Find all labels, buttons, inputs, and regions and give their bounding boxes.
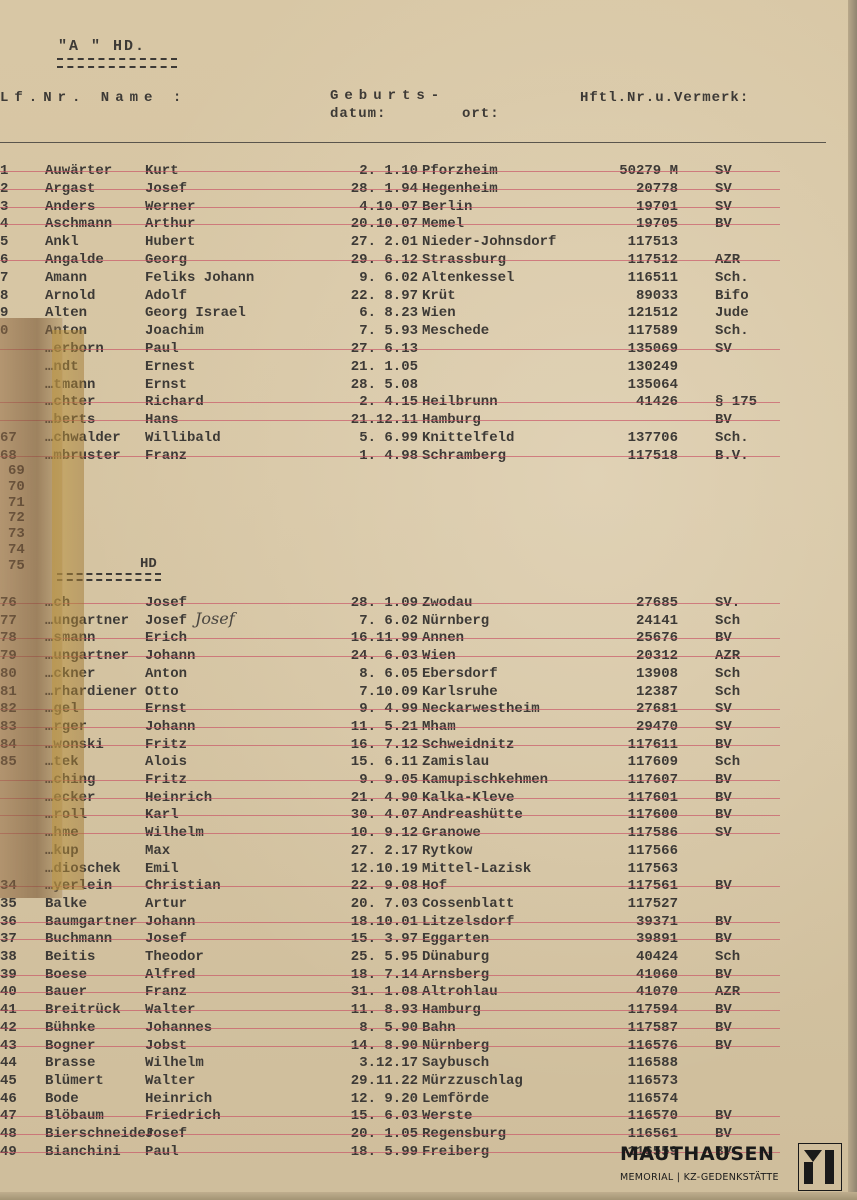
remark: Sch (715, 612, 740, 630)
given-name: Theodor (145, 948, 204, 966)
table-row: …rollKarl30. 4.07Andreashütte117600BV (0, 806, 848, 824)
given-name: Alois (145, 753, 187, 771)
prisoner-number: 137706 (578, 429, 678, 447)
prisoner-number: 117589 (578, 322, 678, 340)
table-row: 40BauerFranz31. 1.08Altrohlau41070AZR (0, 983, 848, 1001)
remark: Sch (715, 683, 740, 701)
table-row: …eckerHeinrich21. 4.90Kalka-Kleve117601B… (0, 789, 848, 807)
surname: Amann (45, 269, 87, 287)
table-row: 2ArgastJosef28. 1.94Hegenheim20778SV (0, 180, 848, 198)
birth-date: 12.10.19 (300, 860, 418, 878)
table-row: 67…chwalderWillibald5. 6.99Knittelfeld13… (0, 429, 848, 447)
table-row: 82…gelErnst9. 4.99Neckarwestheim27681SV (0, 700, 848, 718)
table-row: 1AuwärterKurt2. 1.10Pforzheim50279 MSV (0, 162, 848, 180)
strike-through-line (0, 922, 780, 923)
prisoner-number: 13908 (578, 665, 678, 683)
table-row: …chingFritz9. 9.05Kamupischkehmen117607B… (0, 771, 848, 789)
given-name: Hubert (145, 233, 195, 251)
table-row: 42BühnkeJohannes8. 5.90Bahn117587BV (0, 1019, 848, 1037)
given-name: Otto (145, 683, 179, 701)
given-name: Georg Israel (145, 304, 246, 322)
row-number: 46 (0, 1090, 30, 1108)
birth-date: 8. 6.05 (300, 665, 418, 683)
table-row: 3AndersWerner4.10.07Berlin19701SV (0, 198, 848, 216)
strike-through-line (0, 207, 780, 208)
birth-date: 7. 6.02 (300, 612, 418, 630)
birth-date: 3.12.17 (300, 1054, 418, 1072)
table-row: 46BodeHeinrich12. 9.20Lemförde116574 (0, 1090, 848, 1108)
birth-date: 7.10.09 (300, 683, 418, 701)
birth-date: 7. 5.93 (300, 322, 418, 340)
strike-through-line (0, 420, 780, 421)
mauthausen-watermark: MAUTHAUSEN MEMORIAL | KZ-GEDENKSTÄTTE (620, 1143, 845, 1193)
column-header-ort: ort: (462, 106, 500, 122)
section2-heading: HD (140, 556, 157, 572)
strike-through-line (0, 171, 780, 172)
table-row: …dioschekEmil12.10.19Mittel-Lazisk117563 (0, 860, 848, 878)
watermark-subtitle: MEMORIAL | KZ-GEDENKSTÄTTE (620, 1172, 779, 1183)
strike-through-line (0, 815, 780, 816)
surname: Brasse (45, 1054, 95, 1072)
prisoner-number: 117527 (578, 895, 678, 913)
mauthausen-logo-icon (798, 1143, 842, 1191)
birth-place: Saybusch (422, 1054, 489, 1072)
remark: Sch (715, 948, 740, 966)
strike-through-line (0, 975, 780, 976)
table-row: 48BierschneiderJosef20. 1.05Regensburg11… (0, 1125, 848, 1143)
scan-edge-right (848, 0, 857, 1200)
table-row: 79…ungartnerJohann24. 6.03Wien20312AZR (0, 647, 848, 665)
table-row: 78…smannErich16.11.99Annen25676BV (0, 629, 848, 647)
strike-through-line (0, 656, 780, 657)
prisoner-number: 116574 (578, 1090, 678, 1108)
strike-through-line (0, 603, 780, 604)
birth-place: Altenkessel (422, 269, 514, 287)
table-row: 44BrasseWilhelm3.12.17Saybusch116588 (0, 1054, 848, 1072)
strike-through-line (0, 992, 780, 993)
birth-date: 25. 5.95 (300, 948, 418, 966)
given-name: Adolf (145, 287, 187, 305)
surname: Blümert (45, 1072, 104, 1090)
birth-place: Mittel-Lazisk (422, 860, 531, 878)
row-number: 5 (0, 233, 30, 251)
strike-through-line (0, 886, 780, 887)
column-header-hftl: Hftl.Nr.u.Vermerk: (580, 90, 749, 106)
given-name: Max (145, 842, 170, 860)
table-row: 83…rgerJohann11. 5.21Mham29470SV (0, 718, 848, 736)
given-name: Wilhelm (145, 1054, 204, 1072)
prisoner-number: 24141 (578, 612, 678, 630)
table-row: …ndtErnest21. 1.05130249 (0, 358, 848, 376)
birth-date: 20. 7.03 (300, 895, 418, 913)
table-row: 0AntonJoachim7. 5.93Meschede117589Sch. (0, 322, 848, 340)
birth-place: Lemförde (422, 1090, 489, 1108)
watermark-title: MAUTHAUSEN (620, 1143, 774, 1165)
given-name: Walter (145, 1072, 195, 1090)
birth-place: Wien (422, 304, 456, 322)
birth-place: Ebersdorf (422, 665, 498, 683)
heading-underline (57, 58, 177, 68)
strike-through-line (0, 1028, 780, 1029)
table-row: 81…rhardienerOtto7.10.09Karlsruhe12387Sc… (0, 683, 848, 701)
table-row: 4AschmannArthur20.10.07Memel19705BV (0, 215, 848, 233)
strike-through-line (0, 727, 780, 728)
row-number: 8 (0, 287, 30, 305)
given-name: Feliks Johann (145, 269, 254, 287)
prisoner-number: 135064 (578, 376, 678, 394)
table-row: 39BoeseAlfred18. 7.14Arnsberg41060BV (0, 966, 848, 984)
given-name: Ernest (145, 358, 195, 376)
table-row: 9AltenGeorg Israel6. 8.23Wien121512Jude (0, 304, 848, 322)
birth-date: 27. 2.17 (300, 842, 418, 860)
table-row: 35BalkeArtur20. 7.03Cossenblatt117527 (0, 895, 848, 913)
strike-through-line (0, 1134, 780, 1135)
table-row: 85…tekAlois15. 6.11Zamislau117609Sch (0, 753, 848, 771)
birth-place: Dünaburg (422, 948, 489, 966)
table-row: …bertsHans21.12.11HamburgBV (0, 411, 848, 429)
prisoner-number: 40424 (578, 948, 678, 966)
table-row: 68…mbrusterFranz1. 4.98Schramberg117518B… (0, 447, 848, 465)
table-row: 76…chJosef28. 1.09Zwodau27685SV. (0, 594, 848, 612)
birth-place: Zamislau (422, 753, 489, 771)
birth-place: Knittelfeld (422, 429, 514, 447)
scan-edge-bottom (0, 1192, 857, 1200)
strike-through-line (0, 833, 780, 834)
table-row: 80…cknerAnton8. 6.05Ebersdorf13908Sch (0, 665, 848, 683)
prisoner-number: 116588 (578, 1054, 678, 1072)
birth-date: 27. 2.01 (300, 233, 418, 251)
prisoner-number: 121512 (578, 304, 678, 322)
birth-place: Krüt (422, 287, 456, 305)
given-name: Emil (145, 860, 179, 878)
table-row: 36BaumgartnerJohann18.10.01Litzelsdorf39… (0, 913, 848, 931)
prisoner-number: 116511 (578, 269, 678, 287)
remark: Jude (715, 304, 749, 322)
table-row: 84…wonskiFritz16. 7.12Schweidnitz117611B… (0, 736, 848, 754)
remark: Sch. (715, 322, 749, 340)
given-name: Ernst (145, 376, 187, 394)
birth-place: Meschede (422, 322, 489, 340)
remark: Sch (715, 753, 740, 771)
row-number: 38 (0, 948, 30, 966)
column-header-geburts: Geburts- (330, 88, 445, 104)
row-number: 44 (0, 1054, 30, 1072)
birth-place: Cossenblatt (422, 895, 514, 913)
strike-through-line (0, 709, 780, 710)
table-row: …erbornPaul27. 6.13135069SV (0, 340, 848, 358)
handwritten-correction: Josef (195, 609, 235, 628)
strike-through-line (0, 260, 780, 261)
birth-place: Karlsruhe (422, 683, 498, 701)
header-rule (0, 142, 826, 143)
table-row: 45BlümertWalter29.11.22Mürzzuschlag11657… (0, 1072, 848, 1090)
birth-place: Nürnberg (422, 612, 489, 630)
table-row: …tmannErnst28. 5.08135064 (0, 376, 848, 394)
given-name: Anton (145, 665, 187, 683)
strike-through-line (0, 939, 780, 940)
birth-date: 29.11.22 (300, 1072, 418, 1090)
strike-through-line (0, 224, 780, 225)
surname: Bode (45, 1090, 79, 1108)
column-header-name: Lf.Nr. Name : (0, 90, 187, 106)
strike-through-line (0, 1116, 780, 1117)
remark: Sch. (715, 269, 749, 287)
strike-through-line (0, 745, 780, 746)
table-row: 41BreitrückWalter11. 8.93Hamburg117594BV (0, 1001, 848, 1019)
birth-place: Nieder-Johnsdorf (422, 233, 556, 251)
prisoner-number: 130249 (578, 358, 678, 376)
row-number: 7 (0, 269, 30, 287)
table-row: …chterRichard2. 4.15Heilbrunn41426§ 175 (0, 393, 848, 411)
birth-date: 22. 8.97 (300, 287, 418, 305)
strike-through-line (0, 798, 780, 799)
column-header-datum: datum: (330, 106, 386, 122)
prisoner-number: 89033 (578, 287, 678, 305)
table-row: …hmeWilhelm10. 9.12Granowe117586SV (0, 824, 848, 842)
prisoner-number: 12387 (578, 683, 678, 701)
table-row: …kupMax27. 2.17Rytkow117566 (0, 842, 848, 860)
given-name: Joachim (145, 322, 204, 340)
given-name: Willibald (145, 429, 221, 447)
strike-through-line (0, 1046, 780, 1047)
strike-through-line (0, 349, 780, 350)
table-row: 7AmannFeliks Johann9. 6.02Altenkessel116… (0, 269, 848, 287)
table-row: 5AnklHubert27. 2.01Nieder-Johnsdorf11751… (0, 233, 848, 251)
strike-through-line (0, 402, 780, 403)
given-name: Heinrich (145, 1090, 212, 1108)
remark: Sch (715, 665, 740, 683)
table-row: 38BeitisTheodor25. 5.95Dünaburg40424Sch (0, 948, 848, 966)
tape-strip (52, 330, 84, 890)
table-row: 43BognerJobst14. 8.90Nürnberg116576BV (0, 1037, 848, 1055)
birth-place: Mürzzuschlag (422, 1072, 523, 1090)
prisoner-number: 116573 (578, 1072, 678, 1090)
given-name: Josef (145, 612, 187, 630)
table-row: 34…yerleinChristian22. 9.08Hof117561BV (0, 877, 848, 895)
surname: Ankl (45, 233, 79, 251)
table-row: 6AngaldeGeorg29. 6.12Strassburg117512AZR (0, 251, 848, 269)
birth-date: 15. 6.11 (300, 753, 418, 771)
birth-date: 5. 6.99 (300, 429, 418, 447)
strike-through-line (0, 780, 780, 781)
birth-place: Rytkow (422, 842, 472, 860)
given-name: Artur (145, 895, 187, 913)
strike-through-line (0, 638, 780, 639)
surname: Beitis (45, 948, 95, 966)
birth-date: 12. 9.20 (300, 1090, 418, 1108)
surname: Arnold (45, 287, 95, 305)
table-row: 47BlöbaumFriedrich15. 6.03Werste116570BV (0, 1107, 848, 1125)
birth-date: 6. 8.23 (300, 304, 418, 322)
prisoner-number: 117563 (578, 860, 678, 878)
table-row: 77…ungartnerJosef7. 6.02Nürnberg24141Sch (0, 612, 848, 630)
prisoner-number: 117566 (578, 842, 678, 860)
strike-through-line (0, 189, 780, 190)
remark: Sch. (715, 429, 749, 447)
table-row: 37BuchmannJosef15. 3.97Eggarten39891BV (0, 930, 848, 948)
strike-through-line (0, 456, 780, 457)
birth-date: 28. 5.08 (300, 376, 418, 394)
birth-date: 21. 1.05 (300, 358, 418, 376)
strike-through-line (0, 1010, 780, 1011)
birth-date: 9. 6.02 (300, 269, 418, 287)
table-row: 8ArnoldAdolf22. 8.97Krüt89033Bifo (0, 287, 848, 305)
remark: Bifo (715, 287, 749, 305)
prisoner-number: 117513 (578, 233, 678, 251)
document-heading: "A " HD. (58, 38, 146, 55)
row-number: 45 (0, 1072, 30, 1090)
prisoner-number: 117609 (578, 753, 678, 771)
